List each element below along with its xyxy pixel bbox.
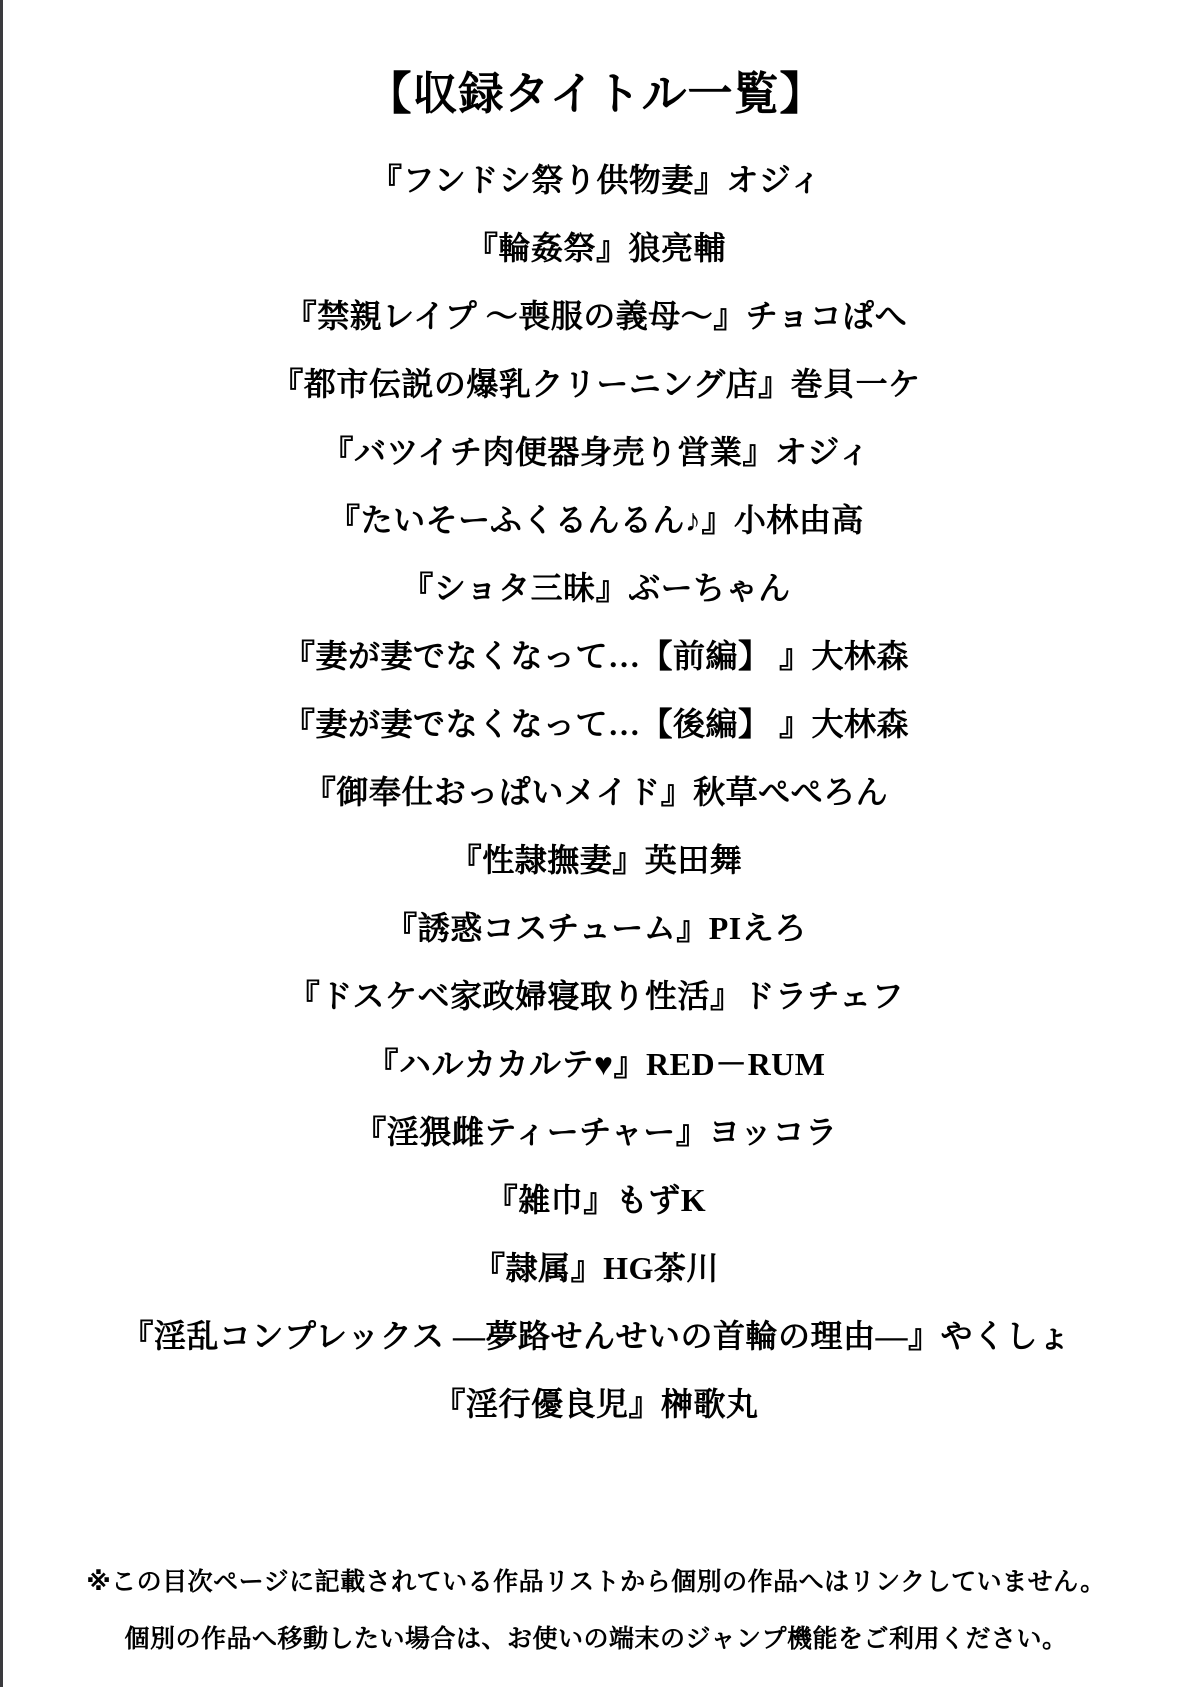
- title-list-item: 『ショタ三昧』ぶーちゃん: [3, 552, 1189, 620]
- title-list-item: 『隷属』HG茶川: [3, 1232, 1189, 1300]
- footer-note-line-2: 個別の作品へ移動したい場合は、お使いの端末のジャンプ機能をご利用ください。: [3, 1611, 1189, 1668]
- title-list-item: 『雑巾』もずK: [3, 1164, 1189, 1232]
- title-list-item: 『誘惑コスチューム』PIえろ: [3, 892, 1189, 960]
- title-list-item: 『たいそーふくるんるん♪』小林由高: [3, 484, 1189, 552]
- title-list-item: 『フンドシ祭り供物妻』オジィ: [3, 144, 1189, 212]
- title-list-item: 『輪姦祭』狼亮輔: [3, 212, 1189, 280]
- footer-note-line-1: ※この目次ページに記載されている作品リストから個別の作品へはリンクしていません。: [3, 1554, 1189, 1611]
- footer-note: ※この目次ページに記載されている作品リストから個別の作品へはリンクしていません。…: [3, 1554, 1189, 1668]
- page-title: 【収録タイトル一覧】: [3, 0, 1189, 124]
- title-list-item: 『ドスケベ家政婦寝取り性活』ドラチェフ: [3, 960, 1189, 1028]
- title-list-item: 『淫行優良児』榊歌丸: [3, 1368, 1189, 1436]
- title-list: 『フンドシ祭り供物妻』オジィ『輪姦祭』狼亮輔『禁親レイプ ～喪服の義母～』チョコ…: [3, 144, 1189, 1436]
- title-list-item: 『妻が妻でなくなって…【後編】 』大林森: [3, 688, 1189, 756]
- title-list-item: 『バツイチ肉便器身売り営業』オジィ: [3, 416, 1189, 484]
- title-list-item: 『淫猥雌ティーチャー』ヨッコラ: [3, 1096, 1189, 1164]
- title-list-item: 『御奉仕おっぱいメイド』秋草ぺぺろん: [3, 756, 1189, 824]
- title-list-item: 『妻が妻でなくなって…【前編】 』大林森: [3, 620, 1189, 688]
- toc-page: { "page": { "title": "【収録タイトル一覧】", "entr…: [0, 0, 1189, 1687]
- title-list-item: 『ハルカカルテ♥』RED－RUM: [3, 1028, 1189, 1096]
- page-body: 【収録タイトル一覧】 『フンドシ祭り供物妻』オジィ『輪姦祭』狼亮輔『禁親レイプ …: [3, 0, 1189, 1687]
- title-list-item: 『都市伝説の爆乳クリーニング店』巻貝一ケ: [3, 348, 1189, 416]
- title-list-item: 『性隷撫妻』英田舞: [3, 824, 1189, 892]
- title-list-item: 『淫乱コンプレックス ―夢路せんせいの首輪の理由―』やくしょ: [3, 1300, 1189, 1368]
- title-list-item: 『禁親レイプ ～喪服の義母～』チョコぱへ: [3, 280, 1189, 348]
